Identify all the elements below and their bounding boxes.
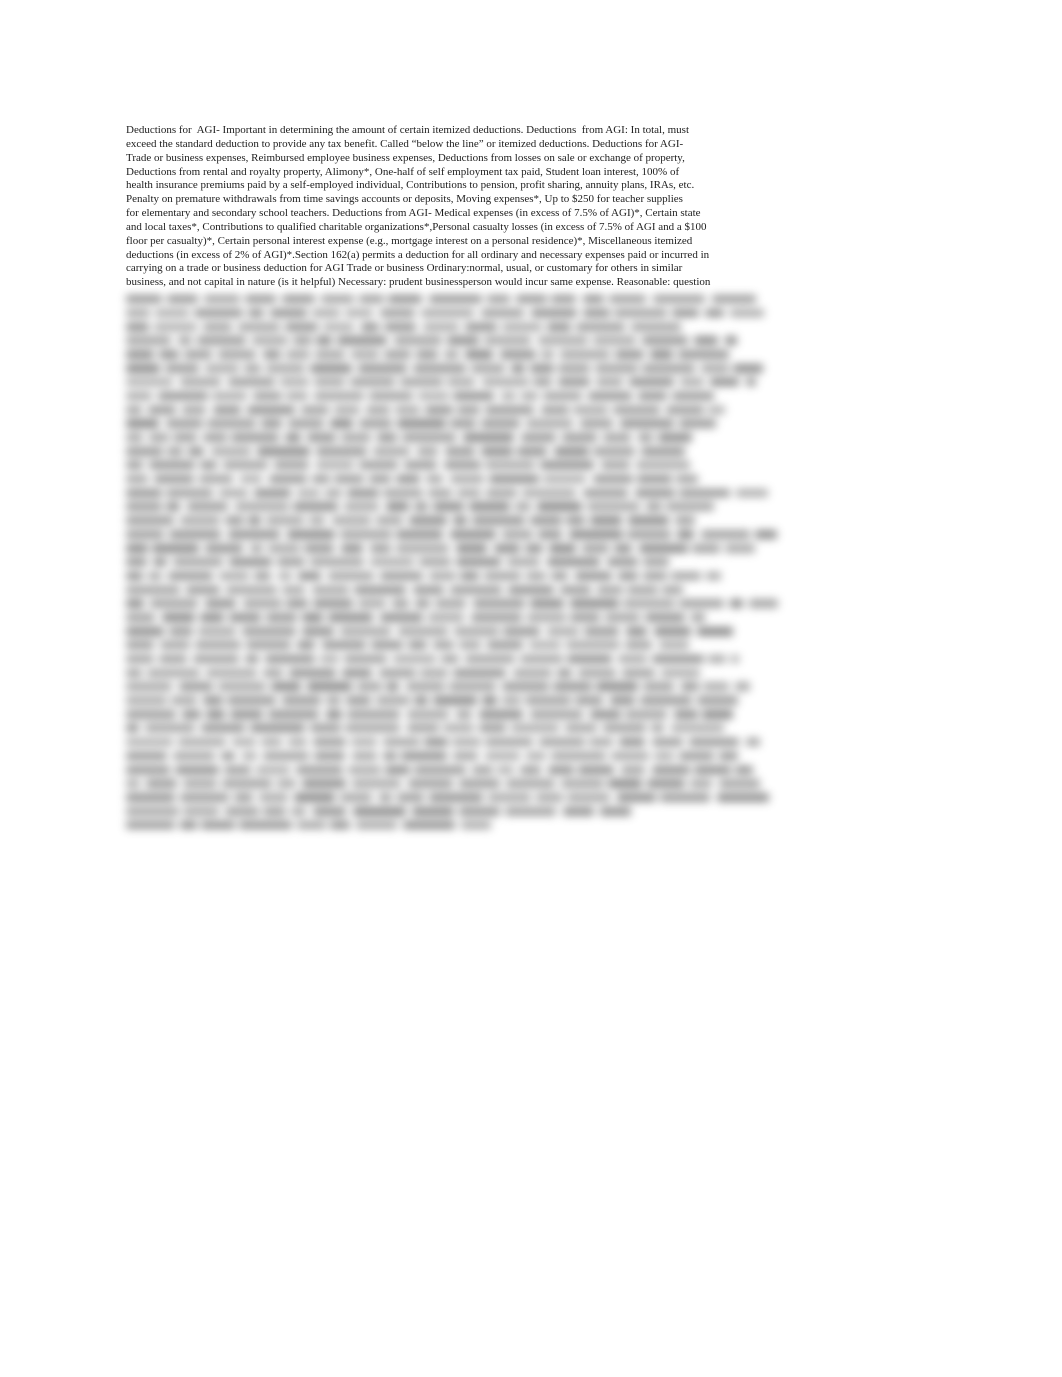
blurred-word (622, 669, 655, 678)
blurred-word (340, 627, 391, 636)
blurred-word (320, 655, 340, 664)
blurred-word (234, 793, 253, 802)
blurred-word (352, 779, 401, 788)
blurred-word (179, 682, 213, 691)
blurred-word (268, 544, 300, 553)
blurred-word (206, 669, 257, 678)
blurred-word (701, 530, 750, 539)
blurred-word (662, 586, 683, 595)
blurred-word (396, 530, 443, 539)
document-content: Deductions for AGI- Important in determi… (126, 124, 826, 832)
blurred-word (708, 406, 724, 415)
blurred-word (321, 295, 354, 304)
blurred-word (206, 710, 226, 719)
blurred-word (126, 793, 175, 802)
blurred-word (147, 669, 201, 678)
blurred-word (463, 433, 515, 442)
blurred-word (383, 489, 422, 498)
blurred-word (414, 502, 429, 511)
blurred-word (557, 669, 571, 678)
blurred-word (359, 295, 383, 304)
blurred-word (239, 821, 291, 830)
blurred-word (516, 295, 547, 304)
blurred-word (397, 419, 446, 428)
blurred-word (309, 516, 325, 525)
blurred-word (706, 572, 721, 581)
blurred-word (583, 489, 629, 498)
blurred-word (619, 738, 645, 747)
blurred-word (409, 516, 447, 525)
blurred-word (566, 641, 621, 650)
blurred-word (416, 350, 437, 359)
blurred-word (149, 461, 195, 470)
blurred-word (126, 738, 173, 747)
blurred-word (671, 724, 724, 733)
blurred-word (428, 613, 464, 622)
blurred-word (126, 779, 140, 788)
blurred-text-line (126, 334, 826, 348)
blurred-word (330, 821, 350, 830)
blurred-word (502, 682, 549, 691)
blurred-word (345, 724, 400, 733)
blurred-word (679, 489, 731, 498)
blurred-word (230, 710, 263, 719)
blurred-word (307, 682, 352, 691)
blurred-word (222, 779, 272, 788)
blurred-text-line (126, 583, 826, 597)
blurred-word (126, 336, 171, 345)
blurred-text-line (126, 403, 826, 417)
blurred-word (180, 516, 221, 525)
blurred-word (460, 572, 479, 581)
blurred-word (530, 364, 554, 373)
blurred-word (647, 779, 685, 788)
blurred-word (166, 489, 212, 498)
blurred-word (456, 710, 472, 719)
blurred-word (310, 724, 341, 733)
blurred-word (533, 378, 552, 387)
blurred-word (263, 807, 286, 816)
blurred-word (576, 323, 625, 332)
blurred-text-line (126, 694, 826, 708)
blurred-word (351, 350, 379, 359)
blurred-word (658, 433, 692, 442)
blurred-word (398, 627, 449, 636)
blurred-word (459, 641, 481, 650)
blurred-word (225, 516, 244, 525)
blurred-word (277, 558, 305, 567)
blurred-text-line (126, 707, 826, 721)
blurred-word (228, 378, 276, 387)
blurred-word (183, 779, 217, 788)
blurred-word (703, 682, 729, 691)
blurred-word (522, 489, 577, 498)
blurred-word (149, 433, 169, 442)
blurred-word (388, 295, 422, 304)
blurred-word (520, 655, 563, 664)
blurred-word (736, 489, 768, 498)
blurred-word (218, 350, 257, 359)
blurred-word (643, 558, 669, 567)
blurred-word (580, 419, 614, 428)
blurred-word (517, 447, 547, 456)
blurred-word (232, 738, 257, 747)
blurred-word (370, 544, 392, 553)
blurred-word (702, 710, 733, 719)
blurred-word (618, 572, 638, 581)
blurred-word (316, 461, 354, 470)
blurred-word (254, 489, 291, 498)
blurred-word (481, 419, 520, 428)
blurred-word (501, 392, 516, 401)
blurred-word (563, 807, 594, 816)
blurred-word (735, 766, 753, 775)
blurred-text-line (126, 555, 826, 569)
blurred-word (679, 419, 717, 428)
blurred-word (712, 295, 756, 304)
blurred-word (652, 655, 704, 664)
blurred-word (637, 475, 672, 484)
blurred-word (661, 669, 700, 678)
blurred-word (482, 378, 529, 387)
blurred-word (126, 530, 164, 539)
blurred-word (671, 572, 700, 581)
blurred-word (487, 295, 510, 304)
blurred-text-line (126, 348, 826, 362)
blurred-word (639, 544, 688, 553)
blurred-word (344, 502, 379, 511)
blurred-word (691, 613, 705, 622)
blurred-word (730, 309, 764, 318)
blurred-word (578, 766, 614, 775)
blurred-word (376, 696, 410, 705)
blurred-word (173, 433, 196, 442)
blurred-word (180, 378, 221, 387)
blurred-word (297, 821, 326, 830)
blurred-word (278, 572, 292, 581)
blurred-word (298, 572, 321, 581)
document-text-line: Deductions for AGI- Important in determi… (126, 124, 826, 138)
blurred-word (354, 586, 406, 595)
blurred-word (187, 502, 229, 511)
blurred-word (313, 738, 347, 747)
blurred-word (397, 793, 425, 802)
blurred-word (642, 336, 688, 345)
blurred-word (694, 336, 718, 345)
blurred-word (454, 627, 499, 636)
blurred-word (617, 793, 656, 802)
blurred-word (328, 613, 373, 622)
blurred-word (178, 336, 193, 345)
blurred-word (611, 752, 648, 761)
blurred-word (126, 489, 162, 498)
blurred-word (402, 433, 457, 442)
blurred-word (159, 350, 179, 359)
blurred-word (645, 613, 686, 622)
blurred-word (294, 793, 335, 802)
blurred-word (447, 336, 478, 345)
blurred-word (126, 309, 150, 318)
blurred-word (453, 392, 494, 401)
blurred-word (660, 793, 711, 802)
blurred-word (194, 309, 243, 318)
blurred-word (530, 710, 583, 719)
blurred-word (231, 433, 278, 442)
blurred-word (613, 406, 660, 415)
blurred-word (261, 419, 282, 428)
blurred-word (126, 586, 180, 595)
blurred-word (408, 779, 453, 788)
blurred-word (257, 447, 311, 456)
blurred-word (229, 558, 272, 567)
blurred-word (126, 295, 162, 304)
blurred-word (421, 309, 474, 318)
blurred-word (560, 350, 611, 359)
blurred-word (433, 641, 454, 650)
blurred-word (502, 530, 533, 539)
blurred-word (263, 350, 281, 359)
blurred-word (666, 406, 704, 415)
blurred-text-line (126, 541, 826, 555)
blurred-word (180, 793, 229, 802)
blurred-word (250, 724, 305, 733)
blurred-word (126, 572, 143, 581)
blurred-word (361, 323, 379, 332)
blurred-word (286, 350, 311, 359)
blurred-word (609, 295, 646, 304)
blurred-word (148, 572, 163, 581)
blurred-word (610, 696, 634, 705)
blurred-word (126, 406, 142, 415)
blurred-word (635, 489, 675, 498)
blurred-word (383, 752, 397, 761)
blurred-word (561, 779, 604, 788)
blurred-word (359, 461, 398, 470)
blurred-word (558, 364, 590, 373)
blurred-word (508, 586, 553, 595)
blurred-word (631, 323, 681, 332)
blurred-word (386, 682, 399, 691)
blurred-word (395, 406, 420, 415)
blurred-word (600, 807, 631, 816)
blurred-word (126, 475, 148, 484)
blurred-word (666, 502, 714, 511)
blurred-word (541, 350, 554, 359)
blurred-word (511, 364, 525, 373)
blurred-word (489, 475, 539, 484)
blurred-word (551, 752, 606, 761)
blurred-word (126, 461, 143, 470)
blurred-word (126, 766, 170, 775)
blurred-word (227, 696, 277, 705)
blurred-word (383, 738, 420, 747)
blurred-word (126, 599, 144, 608)
blurred-word (316, 447, 367, 456)
blurred-word (652, 738, 683, 747)
blurred-word (457, 489, 481, 498)
blurred-word (169, 530, 221, 539)
blurred-word (444, 461, 481, 470)
blurred-word (265, 655, 316, 664)
blurred-word (350, 378, 395, 387)
blurred-word (553, 682, 592, 691)
blurred-word (310, 558, 363, 567)
blurred-word (541, 406, 569, 415)
blurred-word (543, 392, 582, 401)
blurred-word (730, 599, 743, 608)
blurred-word (433, 696, 477, 705)
document-text-line: and local taxes*, Contributions to quali… (126, 221, 826, 235)
document-text-line: deductions (in excess of 2% of AGI)*.Sec… (126, 249, 826, 263)
blurred-word (167, 447, 183, 456)
blurred-word (640, 696, 692, 705)
blurred-word (549, 544, 577, 553)
blurred-word (380, 572, 423, 581)
blurred-word (536, 793, 563, 802)
blurred-word (126, 502, 162, 511)
blurred-text-line (126, 791, 826, 805)
blurred-word (371, 641, 403, 650)
blurred-word (530, 516, 562, 525)
blurred-word (313, 807, 347, 816)
blurred-word (629, 378, 674, 387)
blurred-word (641, 447, 685, 456)
blurred-word (413, 364, 466, 373)
blurred-word (456, 544, 487, 553)
blurred-word (653, 295, 706, 304)
blurred-word (188, 447, 204, 456)
blurred-word (471, 364, 506, 373)
blurred-word (412, 807, 454, 816)
blurred-word (312, 586, 349, 595)
blurred-word (207, 419, 256, 428)
blurred-word (485, 752, 520, 761)
blurred-word (679, 599, 724, 608)
blurred-word (154, 323, 197, 332)
blurred-word (689, 738, 739, 747)
blurred-word (380, 309, 415, 318)
blurred-text-line (126, 417, 826, 431)
blurred-word (180, 821, 197, 830)
blurred-word (205, 364, 240, 373)
blurred-word (225, 807, 258, 816)
blurred-word (623, 599, 674, 608)
blurred-word (126, 710, 176, 719)
blurred-word (697, 627, 733, 636)
blurred-word (596, 682, 638, 691)
blurred-word (340, 530, 393, 539)
blurred-word (154, 475, 194, 484)
blurred-word (450, 419, 477, 428)
blurred-word (126, 641, 154, 650)
blurred-word (274, 461, 309, 470)
blurred-word (314, 392, 364, 401)
blurred-word (614, 309, 667, 318)
blurred-word (155, 309, 189, 318)
blurred-word (166, 419, 203, 428)
blurred-text-block (126, 292, 826, 832)
blurred-word (126, 724, 139, 733)
blurred-word (429, 572, 456, 581)
blurred-word (266, 516, 304, 525)
blurred-word (408, 641, 426, 650)
blurred-word (441, 655, 459, 664)
blurred-word (755, 530, 777, 539)
blurred-word (158, 392, 208, 401)
blurred-word (243, 599, 282, 608)
blurred-word (425, 406, 453, 415)
blurred-word (578, 669, 617, 678)
blurred-word (426, 475, 443, 484)
blurred-word (175, 766, 218, 775)
blurred-word (484, 336, 531, 345)
blurred-word (407, 710, 450, 719)
blurred-word (248, 309, 263, 318)
blurred-word (356, 821, 398, 830)
blurred-word (145, 724, 194, 733)
blurred-word (530, 599, 564, 608)
blurred-text-line (126, 804, 826, 818)
blurred-word (603, 433, 630, 442)
blurred-word (497, 766, 515, 775)
blurred-word (126, 669, 142, 678)
blurred-word (406, 682, 445, 691)
blurred-word (312, 475, 330, 484)
blurred-word (224, 766, 251, 775)
blurred-text-line (126, 320, 826, 334)
blurred-word (469, 502, 511, 511)
blurred-word (725, 336, 737, 345)
blurred-word (488, 793, 532, 802)
blurred-word (677, 530, 694, 539)
blurred-word (461, 821, 490, 830)
blurred-word (182, 710, 201, 719)
document-text-line: exceed the standard deduction to provide… (126, 138, 826, 152)
blurred-word (353, 807, 406, 816)
blurred-word (401, 752, 447, 761)
blurred-word (424, 738, 448, 747)
blurred-word (620, 419, 674, 428)
blurred-word (165, 364, 199, 373)
blurred-word (607, 558, 639, 567)
blurred-word (678, 350, 729, 359)
blurred-word (625, 641, 652, 650)
blurred-word (582, 544, 609, 553)
blurred-word (525, 544, 544, 553)
blurred-word (269, 475, 307, 484)
blurred-word (352, 752, 377, 761)
blurred-word (701, 364, 729, 373)
blurred-word (330, 419, 353, 428)
blurred-word (126, 544, 148, 553)
blurred-word (614, 544, 632, 553)
blurred-text-line (126, 749, 826, 763)
blurred-word (566, 516, 585, 525)
blurred-word (126, 447, 163, 456)
blurred-word (301, 406, 328, 415)
blurred-word (313, 599, 353, 608)
blurred-word (384, 350, 411, 359)
blurred-word (472, 766, 492, 775)
blurred-word (351, 738, 378, 747)
document-text-line: Deductions from rental and royalty prope… (126, 166, 826, 180)
blurred-word (282, 696, 322, 705)
blurred-word (173, 752, 215, 761)
blurred-word (334, 475, 364, 484)
blurred-word (280, 378, 310, 387)
blurred-word (547, 627, 579, 636)
blurred-word (271, 682, 302, 691)
